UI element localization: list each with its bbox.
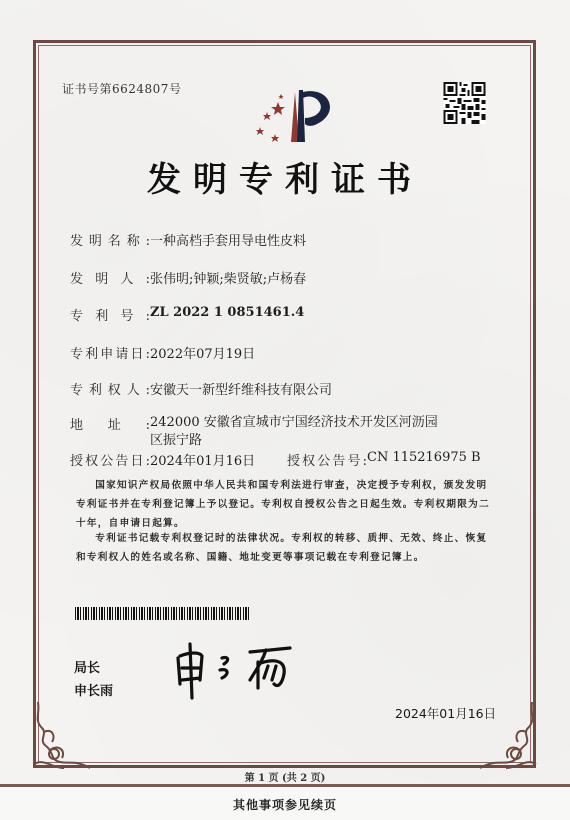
legal-status-paragraph: 专利证书记载专利权登记时的法律状况。专利权的转移、质押、无效、终止、恢复和专利权…: [76, 529, 496, 567]
field-label: 发明名称:: [70, 230, 150, 249]
field-grant-announcement-date: 授权公告日: 2024年01月16日: [70, 450, 255, 469]
field-value: 张伟明;钟颖;柴贤敏;卢杨春: [150, 268, 306, 287]
field-label: 专利号:: [70, 305, 150, 324]
field-label: 专利权人:: [70, 379, 150, 398]
director-title: 局长: [74, 657, 100, 676]
signing-date: 2024年01月16日: [395, 704, 496, 722]
field-address: 地址: 242000 安徽省宣城市宁国经济技术开发区河沥园区振宁路: [70, 414, 450, 450]
director-name: 申长雨: [74, 680, 113, 699]
barcode-icon: [75, 607, 250, 620]
field-value: 2022年07月19日: [150, 343, 255, 362]
field-label: 专利申请日:: [70, 343, 150, 362]
field-value: CN 115216975 B: [367, 450, 481, 469]
ornament-corner-icon: [30, 702, 90, 772]
field-value: 242000 安徽省宣城市宁国经济技术开发区河沥园区振宁路: [150, 414, 450, 450]
field-invention-name: 发明名称: 一种高档手套用导电性皮料: [70, 230, 306, 249]
field-label: 地址:: [70, 414, 150, 450]
handwritten-signature-icon: [170, 640, 300, 700]
field-label: 授权公告号:: [287, 450, 367, 469]
certificate-title: 发明专利证书: [0, 152, 570, 201]
field-grant-announcement-number: 授权公告号: CN 115216975 B: [287, 450, 481, 469]
field-value: ZL 2022 1 0851461.4: [150, 305, 304, 324]
legal-statement-paragraph: 国家知识产权局依照中华人民共和国专利法进行审查，决定授予专利权，颁发发明专利证书…: [76, 476, 496, 533]
qr-code-icon: [443, 82, 486, 124]
certificate-number: 证书号第6624807号: [62, 80, 181, 97]
continued-note: 其他事项参见续页: [0, 796, 570, 813]
field-patent-number: 专利号: ZL 2022 1 0851461.4: [70, 305, 304, 324]
field-value: 2024年01月16日: [150, 450, 255, 469]
field-application-date: 专利申请日: 2022年07月19日: [70, 343, 255, 362]
field-patentee: 专利权人: 安徽天一新型纤维科技有限公司: [70, 379, 332, 398]
field-value: 安徽天一新型纤维科技有限公司: [150, 379, 332, 398]
cnipa-logo-icon: [233, 72, 333, 144]
field-value: 一种高档手套用导电性皮料: [150, 230, 306, 249]
page-indicator: 第 1 页 (共 2 页): [0, 769, 570, 784]
field-label: 发明人:: [70, 268, 150, 287]
field-label: 授权公告日:: [70, 450, 150, 469]
field-inventors: 发明人: 张伟明;钟颖;柴贤敏;卢杨春: [70, 268, 306, 287]
